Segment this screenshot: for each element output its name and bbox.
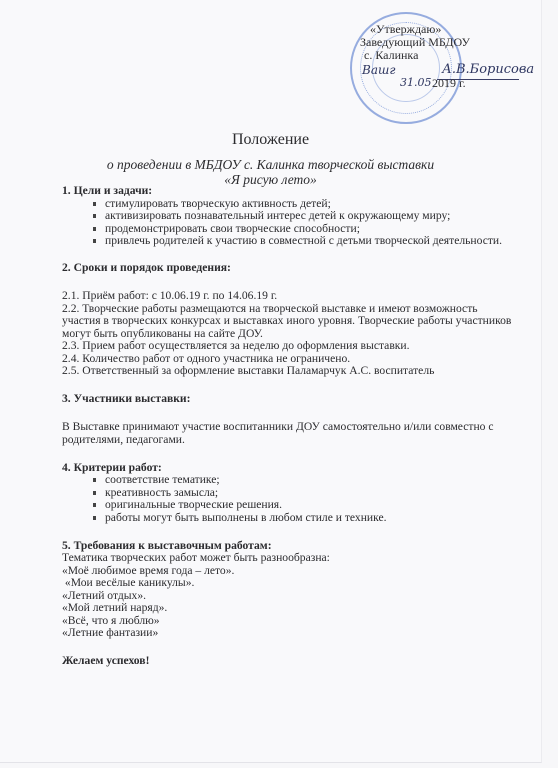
- bullet-icon: [93, 239, 96, 243]
- theme-item: «Мои весёлые каникулы».: [62, 577, 532, 590]
- goals-list: стимулировать творческую активность дете…: [62, 198, 532, 248]
- bullet-icon: [93, 214, 96, 218]
- document-body: 1. Цели и задачи: стимулировать творческ…: [62, 185, 532, 668]
- participants-line-1: В Выставке принимают участие воспитанник…: [62, 421, 532, 434]
- list-item: привлечь родителей к участию в совместно…: [62, 235, 532, 248]
- theme-item: «Летние фантазии»: [62, 627, 532, 640]
- paragraph-2-3: 2.3. Прием работ осуществляется за недел…: [62, 340, 532, 353]
- document-page: «Утверждаю» Заведующий МБДОУ с. Калинка …: [0, 0, 542, 763]
- document-title: Положение: [0, 131, 541, 149]
- approver-location: с. Калинка: [364, 49, 418, 62]
- paragraph-2-5: 2.5. Ответственный за оформление выставк…: [62, 365, 532, 378]
- signature-name: А.В.Борисова: [442, 62, 534, 77]
- approval-year: 2019 г.: [432, 77, 466, 90]
- document-subtitle: о проведении в МБДОУ с. Калинка творческ…: [0, 157, 541, 187]
- list-item: работы могут быть выполнены в любом стил…: [62, 512, 532, 525]
- closing-text: Желаем успехов!: [62, 655, 532, 668]
- bullet-icon: [93, 503, 96, 507]
- themes-intro: Тематика творческих работ может быть раз…: [62, 552, 532, 565]
- criteria-list: соответствие тематике; креативность замы…: [62, 474, 532, 524]
- paragraph-2-1: 2.1. Приём работ: с 10.06.19 г. по 14.06…: [62, 290, 532, 303]
- approval-date: 31.05: [400, 76, 432, 89]
- bullet-icon: [93, 478, 96, 482]
- subtitle-line-1: о проведении в МБДОУ с. Калинка творческ…: [0, 157, 541, 172]
- bullet-icon: [93, 227, 96, 231]
- signature-mark: Вашг: [362, 63, 395, 77]
- section-3-heading: 3. Участники выставки:: [62, 393, 532, 406]
- paragraph-2-2-line-2: участия в творческих конкурсах и выставк…: [62, 315, 532, 328]
- section-2-heading: 2. Сроки и порядок проведения:: [62, 262, 532, 275]
- bullet-icon: [93, 516, 96, 520]
- theme-item: «Мой летний наряд».: [62, 602, 532, 615]
- participants-line-2: родителями, педагогами.: [62, 434, 532, 447]
- bullet-icon: [93, 202, 96, 206]
- approval-block: «Утверждаю» Заведующий МБДОУ с. Калинка …: [342, 10, 542, 120]
- bullet-icon: [93, 491, 96, 495]
